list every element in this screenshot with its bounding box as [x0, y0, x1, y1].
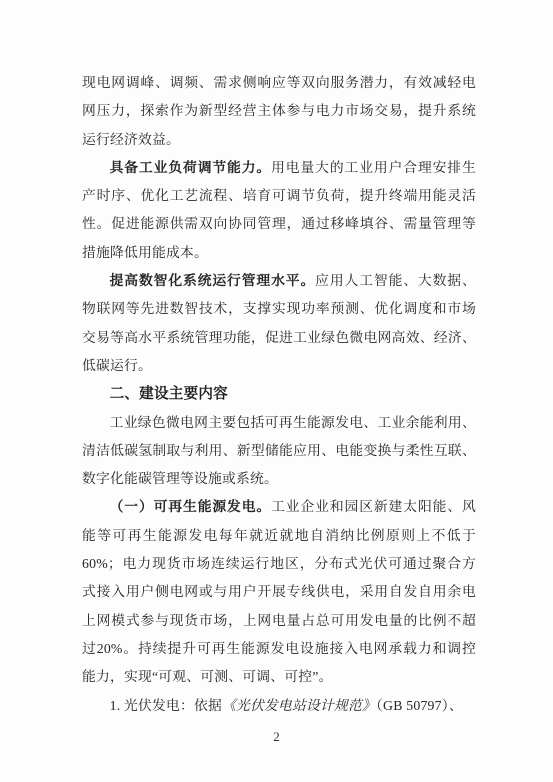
text-segment: 措施降低用能成本。: [82, 245, 208, 260]
text-block: 现电网调峰、调频、需求侧响应等双向服务潜力，有效减轻电网压力，探索作为新型经营主…: [82, 69, 476, 720]
text-segment: （GB 50797）、: [376, 698, 463, 713]
text-line: 上网模式参与现货市场，上网电量占总可用发电量的比例不超: [82, 607, 476, 635]
text-segment: 工业绿色微电网主要包括可再生能源发电、工业余能利用、: [110, 415, 476, 430]
text-segment: 能力，实现“可观、可测、可调、可控”。: [82, 669, 333, 684]
text-segment: 应用人工智能、大数据、: [315, 273, 476, 288]
text-line: 现电网调峰、调频、需求侧响应等双向服务潜力，有效减轻电: [82, 69, 476, 97]
text-line: 清洁低碳氢制取与利用、新型储能应用、电能变换与柔性互联、: [82, 437, 476, 465]
text-segment: 能等可再生能源发电每年就近就地自消纳比例原则上不低于: [82, 528, 476, 543]
text-line: 网压力，探索作为新型经营主体参与电力市场交易，提升系统: [82, 97, 476, 125]
text-segment: 低碳运行。: [82, 358, 152, 373]
text-segment: 运行经济效益。: [82, 132, 180, 147]
text-line: 具备工业负荷调节能力。用电量大的工业用户合理安排生: [82, 154, 476, 182]
text-line: 性。促进能源供需双向协同管理，通过移峰填谷、需量管理等: [82, 210, 476, 238]
text-line: 运行经济效益。: [82, 126, 476, 154]
text-line: 低碳运行。: [82, 352, 476, 380]
text-segment: 提高数智化系统运行管理水平。: [110, 273, 316, 288]
text-line: 能力，实现“可观、可测、可调、可控”。: [82, 663, 476, 691]
text-line: 过20%。持续提升可再生能源发电设施接入电网承载力和调控: [82, 635, 476, 663]
text-line: 产时序、优化工艺流程、培育可调节负荷，提升终端用能灵活: [82, 182, 476, 210]
text-line: 数字化能碳管理等设施或系统。: [82, 465, 476, 493]
document-page: 现电网调峰、调频、需求侧响应等双向服务潜力，有效减轻电网压力，探索作为新型经营主…: [0, 0, 553, 782]
text-segment: 《光伏发电站设计规范》: [222, 698, 376, 713]
text-line: （一）可再生能源发电。工业企业和园区新建太阳能、风: [82, 493, 476, 521]
text-line: 提高数智化系统运行管理水平。应用人工智能、大数据、: [82, 267, 476, 295]
text-segment: 清洁低碳氢制取与利用、新型储能应用、电能变换与柔性互联、: [82, 443, 476, 458]
text-segment: 现电网调峰、调频、需求侧响应等双向服务潜力，有效减轻电: [82, 75, 476, 90]
text-line: 物联网等先进数智技术，支撑实现功率预测、优化调度和市场: [82, 295, 476, 323]
text-segment: 具备工业负荷调节能力。: [110, 160, 272, 175]
text-segment: （一）可再生能源发电。: [110, 499, 272, 514]
text-segment: 上网模式参与现货市场，上网电量占总可用发电量的比例不超: [82, 613, 476, 628]
text-segment: 交易等高水平系统管理功能，促进工业绿色微电网高效、经济、: [82, 330, 476, 345]
text-segment: 工业企业和园区新建太阳能、风: [271, 499, 476, 514]
text-segment: 式接入用户侧电网或与用户开展专线供电，采用自发自用余电: [82, 584, 476, 599]
text-line: 能等可再生能源发电每年就近就地自消纳比例原则上不低于: [82, 522, 476, 550]
text-line: 二、建设主要内容: [82, 380, 476, 408]
text-line: 60%；电力现货市场连续运行地区，分布式光伏可通过聚合方: [82, 550, 476, 578]
text-line: 措施降低用能成本。: [82, 239, 476, 267]
text-line: 交易等高水平系统管理功能，促进工业绿色微电网高效、经济、: [82, 324, 476, 352]
text-segment: 1. 光伏发电：依据: [110, 698, 222, 713]
text-line: 1. 光伏发电：依据《光伏发电站设计规范》（GB 50797）、: [82, 692, 476, 720]
text-segment: 网压力，探索作为新型经营主体参与电力市场交易，提升系统: [82, 103, 476, 118]
text-segment: 性。促进能源供需双向协同管理，通过移峰填谷、需量管理等: [82, 216, 476, 231]
text-segment: 用电量大的工业用户合理安排生: [271, 160, 476, 175]
text-segment: 二、建设主要内容: [110, 386, 228, 402]
text-line: 工业绿色微电网主要包括可再生能源发电、工业余能利用、: [82, 409, 476, 437]
text-segment: 数字化能碳管理等设施或系统。: [82, 471, 278, 486]
page-number: 2: [0, 729, 553, 745]
text-segment: 过20%。持续提升可再生能源发电设施接入电网承载力和调控: [82, 641, 476, 656]
text-segment: 60%；电力现货市场连续运行地区，分布式光伏可通过聚合方: [82, 556, 476, 571]
text-segment: 物联网等先进数智技术，支撑实现功率预测、优化调度和市场: [82, 301, 476, 316]
text-segment: 产时序、优化工艺流程、培育可调节负荷，提升终端用能灵活: [82, 188, 476, 203]
text-line: 式接入用户侧电网或与用户开展专线供电，采用自发自用余电: [82, 578, 476, 606]
